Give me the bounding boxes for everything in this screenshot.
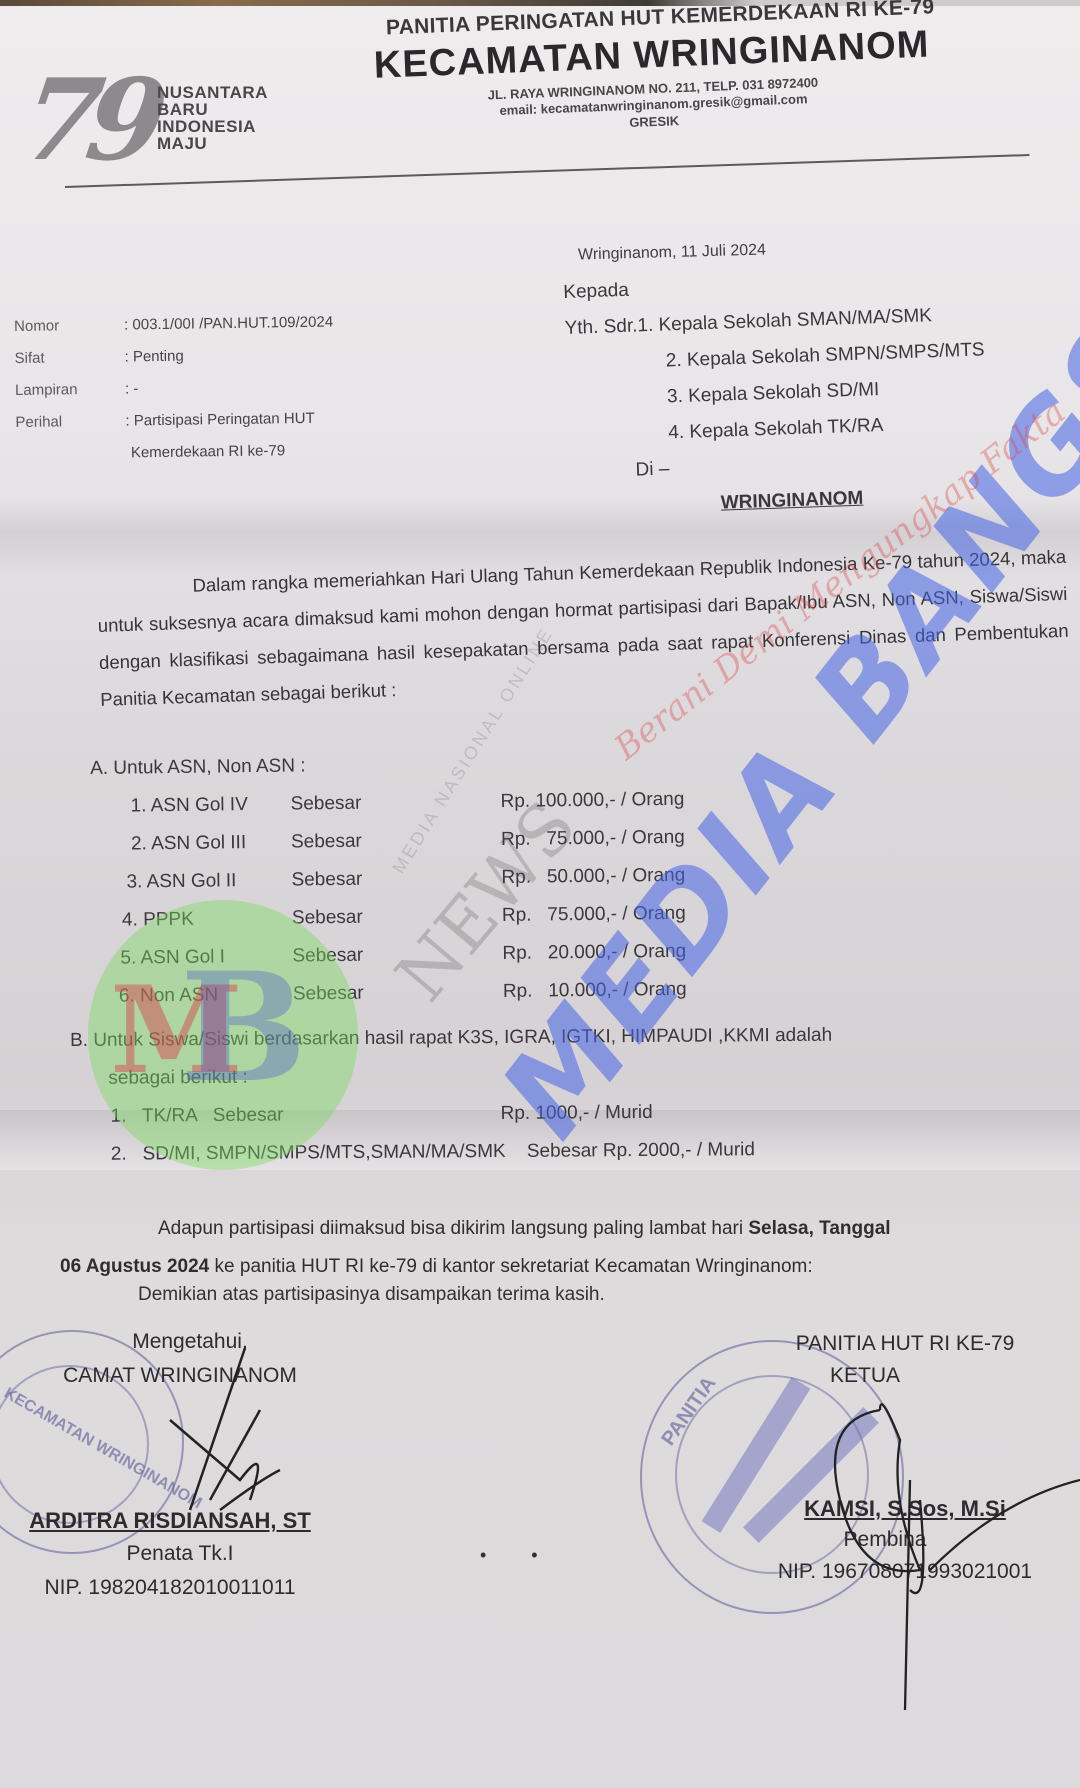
fee-amount: Rp. 75.000,- / Orang: [501, 827, 685, 851]
logo-tagline: NUSANTARA BARU INDONESIA MAJU: [157, 84, 268, 152]
deadline-day: Selasa, Tanggal: [748, 1218, 890, 1239]
student-fee-row: 2. SD/MI, SMPN/SMPS/MTS,SMAN/MA/SMK Sebe…: [71, 1137, 1080, 1182]
deadline-text: Adapun partisipasi diimaksud bisa dikiri…: [158, 1218, 748, 1239]
meta-value: : 003.1/00I /PAN.HUT.109/2024: [124, 314, 333, 334]
meta-value: : Partisipasi Peringatan HUT: [125, 410, 314, 430]
recipients: Kepada Yth. Sdr.1. Kepala Sekolah SMAN/M…: [563, 267, 990, 533]
fee-row: 4. PPPK Sebesar Rp. 75.000,- / Orang: [92, 907, 308, 948]
signatory-nip: NIP. 198204182010011011: [0, 1576, 340, 1610]
fee-label: Sebesar: [292, 945, 363, 968]
fee-label: Sebesar: [293, 983, 364, 1006]
signatory-rank: Penata Tk.I: [0, 1542, 340, 1576]
meta-label: Lampiran: [15, 381, 115, 399]
hut-79-logo: 79: [24, 66, 154, 176]
deadline-date: 06 Agustus 2024: [60, 1256, 209, 1277]
deadline-text: ke panitia HUT RI ke-79 di kantor sekret…: [209, 1256, 812, 1277]
paper-specks: • •: [480, 1545, 558, 1566]
fee-category: ASN Gol IV: [151, 794, 248, 816]
fee-num: 1.: [130, 795, 146, 816]
fee-category: ASN Gol II: [146, 870, 236, 892]
fee-num: 6.: [119, 985, 135, 1006]
section-b: B. Untuk Siswa/Siswi berdasarkan hasil r…: [70, 1023, 1080, 1182]
fee-label: Sebesar: [292, 907, 363, 930]
fee-amount: Rp. 50.000,- / Orang: [501, 865, 685, 889]
fee-label: Sebesar: [291, 831, 362, 854]
fee-num: 4.: [122, 909, 138, 930]
fee-label: Sebesar: [290, 793, 361, 816]
meta-value: : Penting: [124, 348, 183, 366]
tagline-line: BARU: [157, 101, 268, 118]
fee-amount: Rp. 100.000,- / Orang: [500, 789, 684, 813]
fee-category: PPPK: [143, 909, 194, 931]
meta-value: Kemerdekaan RI ke-79: [131, 442, 285, 461]
tagline-line: MAJU: [157, 135, 268, 152]
fee-category: ASN Gol I: [140, 946, 225, 968]
section-a-heading: A. Untuk ASN, Non ASN :: [90, 755, 306, 796]
fee-amount: Rp. 10.000,- / Orang: [503, 979, 687, 1003]
fee-num: 5.: [120, 947, 136, 968]
closing-thanks: Demikian atas partisipasinya disampaikan…: [138, 1284, 605, 1306]
closing: Adapun partisipasi diimaksud bisa dikiri…: [60, 1218, 1080, 1294]
fee-amount: Rp. 20.000,- / Orang: [502, 941, 686, 965]
logo-number: 79: [16, 66, 159, 176]
meta-label: Perihal: [15, 413, 115, 431]
student-fee-text: 1. TK/RA Sebesar: [111, 1105, 284, 1127]
fee-row: 3. ASN Gol II Sebesar Rp. 50.000,- / Ora…: [91, 869, 307, 910]
fee-category: ASN Gol III: [151, 832, 246, 854]
student-fee-text: 2. SD/MI, SMPN/SMPS/MTS,SMAN/MA/SMK Sebe…: [111, 1139, 755, 1164]
handwritten-signature-left: [150, 1340, 310, 1520]
fee-label: Sebesar: [291, 869, 362, 892]
fee-amount: Rp. 75.000,- / Orang: [502, 903, 686, 927]
fee-row: 2. ASN Gol III Sebesar Rp. 75.000,- / Or…: [91, 831, 307, 872]
fee-num: 3.: [126, 871, 142, 892]
meta-label: Nomor: [14, 317, 114, 335]
handwritten-signature-right: [800, 1380, 1080, 1720]
tagline-line: INDONESIA: [157, 118, 268, 135]
fee-row: 5. ASN Gol I Sebesar Rp. 20.000,- / Oran…: [92, 945, 308, 986]
deadline-line: Adapun partisipasi diimaksud bisa dikiri…: [60, 1218, 1080, 1256]
section-a: A. Untuk ASN, Non ASN : 1. ASN Gol IV Se…: [90, 755, 309, 1024]
signature-committee: PANITIA HUT RI KE-79: [740, 1332, 1070, 1364]
tagline-line: NUSANTARA: [157, 84, 268, 101]
meta-label: Sifat: [14, 349, 114, 367]
fee-num: 2.: [131, 833, 147, 854]
fee-category: Non ASN: [140, 984, 218, 1006]
fee-row: 6. Non ASN Sebesar Rp. 10.000,- / Orang: [93, 983, 309, 1024]
student-fee-amount: Rp. 1000,- / Murid: [501, 1102, 653, 1125]
meta-value: : -: [125, 380, 139, 397]
fee-row: 1. ASN Gol IV Sebesar Rp. 100.000,- / Or…: [90, 793, 306, 834]
